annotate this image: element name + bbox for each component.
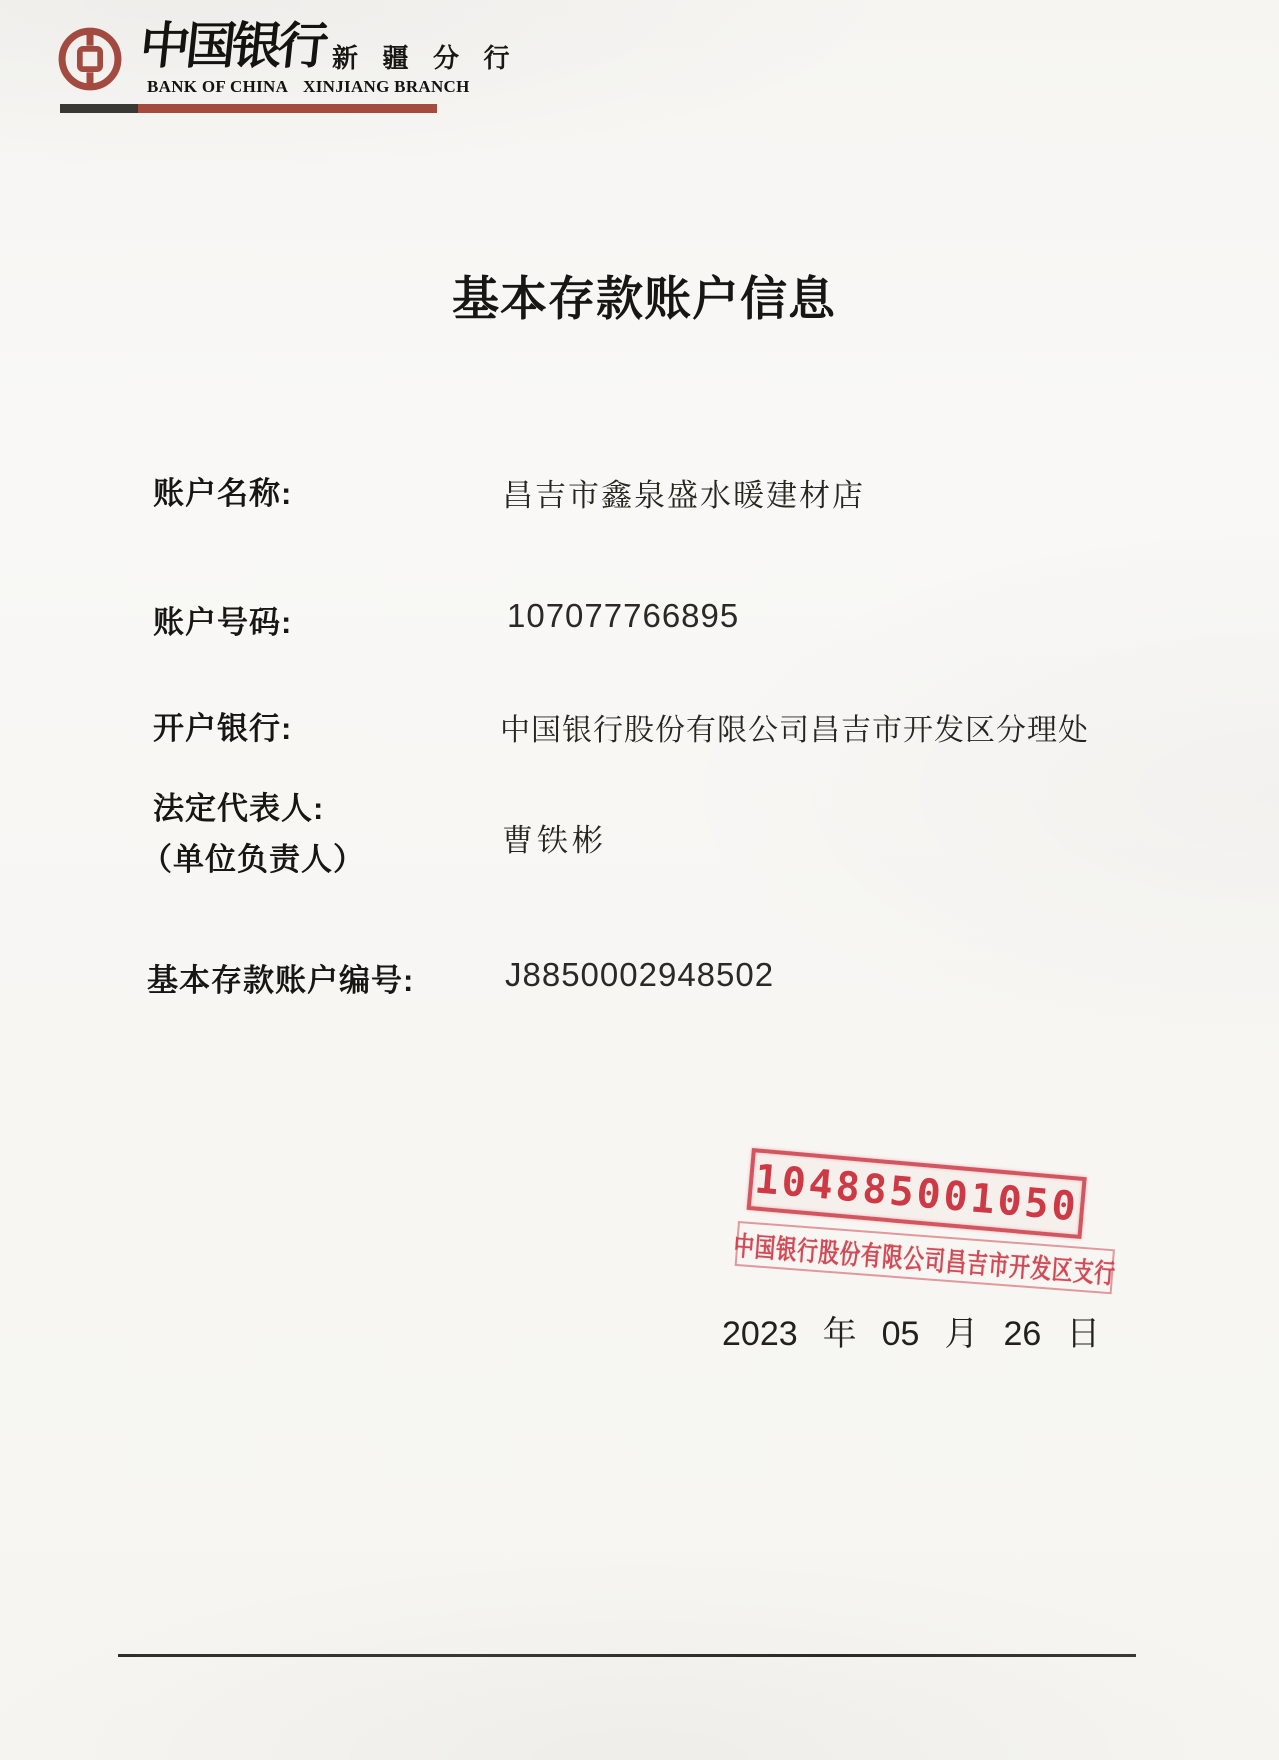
- account-number-label: 账户号码:: [153, 597, 292, 642]
- opening-bank-label: 开户银行:: [153, 703, 292, 748]
- scanned-document-page: 中国银行 新 疆 分 行 BANK OF CHINAXINJIANG BRANC…: [0, 0, 1279, 1760]
- footer-divider-line: [118, 1654, 1136, 1657]
- account-name-label: 账户名称:: [153, 468, 292, 513]
- bank-of-china-logo-icon: [58, 26, 122, 92]
- account-name-value: 昌吉市鑫泉盛水暖建材店: [502, 470, 865, 515]
- issue-date: 2023年05月26日: [722, 1306, 1100, 1355]
- bank-name-chinese: 中国银行: [137, 16, 327, 76]
- branch-name-chinese: 新 疆 分 行: [332, 38, 519, 75]
- date-day: 26: [1003, 1315, 1041, 1354]
- bank-name-english: BANK OF CHINAXINJIANG BRANCH: [147, 77, 470, 97]
- opening-bank-value: 中国银行股份有限公司昌吉市开发区分理处: [500, 705, 1089, 749]
- date-month: 05: [882, 1315, 920, 1354]
- page-title: 基本存款账户信息: [452, 262, 836, 329]
- legal-representative-label: 法定代表人:: [153, 783, 324, 828]
- bank-name-en-text: BANK OF CHINA: [147, 77, 288, 96]
- legal-representative-value: 曹铁彬: [502, 815, 607, 860]
- date-year-unit: 年: [823, 1306, 857, 1355]
- date-day-unit: 日: [1066, 1306, 1100, 1355]
- branch-name-en-text: XINJIANG BRANCH: [303, 77, 469, 96]
- divider-bar-red-segment: [138, 104, 437, 113]
- account-number-value: 107077766895: [507, 597, 739, 635]
- date-month-unit: 月: [944, 1306, 978, 1355]
- basic-deposit-account-id-label: 基本存款账户编号:: [147, 955, 414, 1000]
- header-divider-bar: [60, 104, 437, 113]
- divider-bar-dark-segment: [60, 104, 138, 113]
- unit-responsible-person-label: （单位负责人）: [141, 834, 365, 879]
- basic-deposit-account-id-value: J8850002948502: [505, 956, 774, 994]
- date-year: 2023: [722, 1315, 798, 1354]
